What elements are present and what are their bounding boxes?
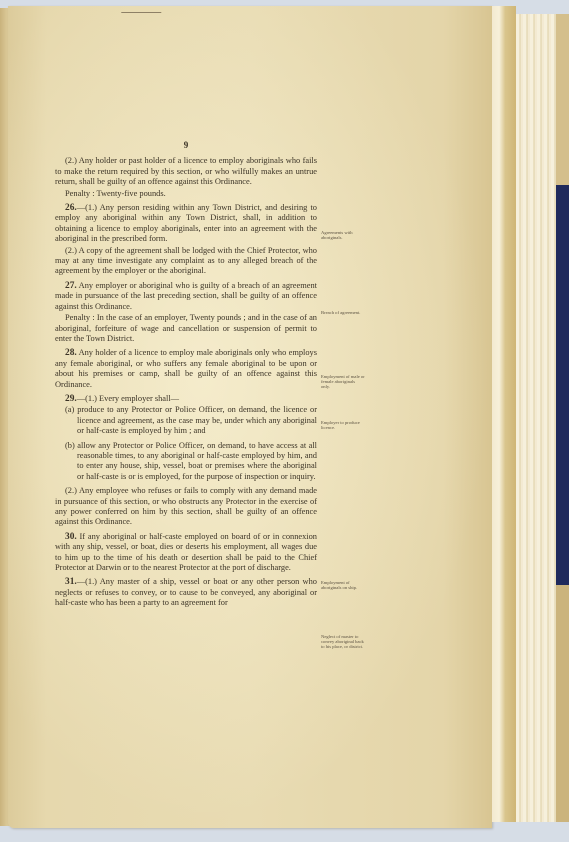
section-29-number: 29.: [65, 394, 77, 404]
section-31-1: 31.—(1.) Any master of a ship, vessel or…: [55, 577, 317, 608]
margin-note-26: Agreements with aboriginals.: [321, 230, 365, 240]
section-28: 28. Any holder of a licence to employ ma…: [55, 348, 317, 390]
section-30-number: 30.: [65, 532, 77, 542]
section-28-number: 28.: [65, 348, 77, 358]
page-text: 9 (2.) Any holder or past holder of a li…: [55, 140, 317, 613]
section-26-1-text: —(1.) Any person residing within any Tow…: [55, 203, 317, 243]
page-stack-edges: [516, 14, 557, 822]
section-31-1-text: —(1.) Any master of a ship, vessel or bo…: [55, 577, 317, 607]
cover-tan-bottom: [556, 585, 569, 822]
margin-note-28: Employment of male or female aboriginals…: [321, 374, 365, 390]
section-27-number: 27.: [65, 281, 77, 291]
pencil-mark: [121, 6, 165, 13]
section-29-2: (2.) Any employee who refuses or fails t…: [55, 486, 317, 528]
section-29-1-text: —(1.) Every employer shall—: [77, 394, 179, 403]
section-28-text: Any holder of a licence to employ male a…: [55, 348, 317, 388]
section-29-1: 29.—(1.) Every employer shall—: [55, 394, 317, 404]
section-26-1: 26.—(1.) Any person residing within any …: [55, 203, 317, 245]
section-26-number: 26.: [65, 203, 77, 213]
section-31-number: 31.: [65, 577, 77, 587]
cover-tan-top: [556, 14, 569, 185]
page-number: 9: [55, 140, 317, 150]
margin-note-29: Employer to produce licence.: [321, 420, 365, 430]
section-27: 27. Any employer or aboriginal who is gu…: [55, 281, 317, 312]
section-26-2: (2.) A copy of the agreement shall be lo…: [55, 246, 317, 277]
section-27-text: Any employer or aboriginal who is guilty…: [55, 281, 317, 311]
margin-note-30: Employment of aboriginals on ship.: [321, 580, 365, 590]
section-30: 30. If any aboriginal or half-caste empl…: [55, 532, 317, 574]
section-27-penalty: Penalty : In the case of an employer, Tw…: [55, 313, 317, 344]
cover-blue-board: [556, 185, 569, 585]
para-25-penalty: Penalty : Twenty-five pounds.: [55, 189, 317, 199]
section-29-a: (a) produce to any Protector or Police O…: [55, 405, 317, 436]
para-25-2: (2.) Any holder or past holder of a lice…: [55, 156, 317, 187]
section-30-text: If any aboriginal or half-caste employed…: [55, 532, 317, 572]
margin-note-31: Neglect of master to convey aboriginal b…: [321, 634, 365, 650]
page-gutter-fold: [492, 6, 516, 822]
margin-note-27: Breach of agreement.: [321, 310, 365, 315]
section-29-b: (b) allow any Protector or Police Office…: [55, 441, 317, 483]
